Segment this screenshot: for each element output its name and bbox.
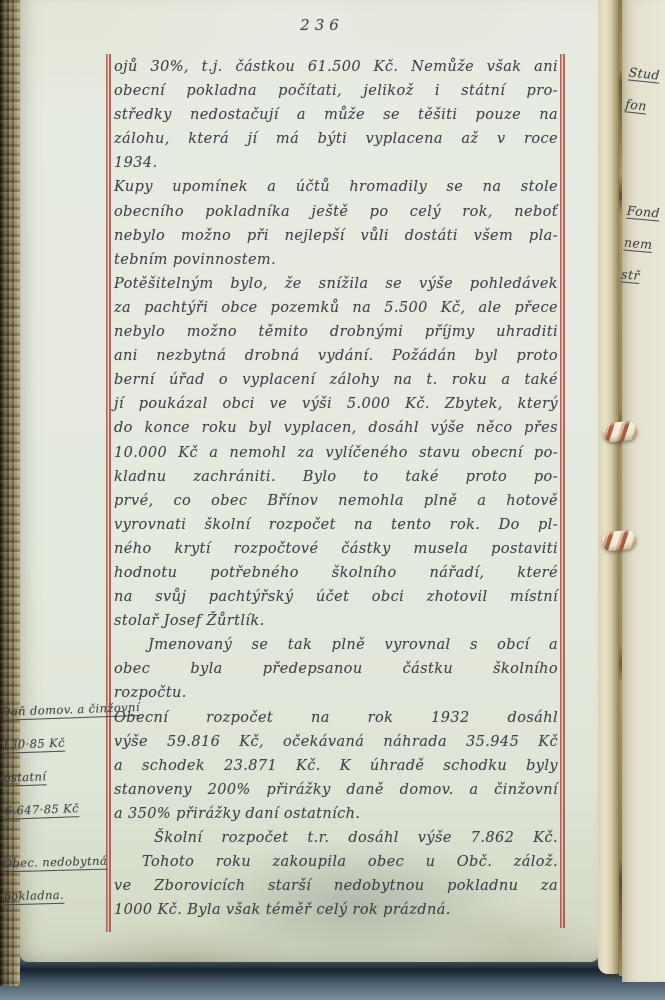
red-margin-line-right	[560, 54, 565, 928]
manuscript-line: kladnu zachrániti. Bylo to také proto po…	[114, 465, 558, 489]
red-margin-line-left	[106, 54, 111, 932]
manuscript-line: Jmenovaný se tak plně vyrovnal s obcí a	[114, 633, 558, 657]
facing-page-note-top: Stud fon	[624, 57, 662, 124]
manuscript-line: Tohoto roku zakoupila obec u Obč. zálož.	[114, 850, 558, 874]
margin-note-municipal-safe: Obec. nedobytná pokladna.	[2, 845, 106, 914]
manuscript-line: ného krytí rozpočtové částky musela post…	[114, 537, 558, 561]
manuscript-line: Obecní rozpočet na rok 1932 dosáhl	[114, 706, 558, 730]
manuscript-line: rozpočtu.	[114, 681, 558, 705]
manuscript-line: 1934.	[114, 151, 558, 175]
margin-note-line: Stud	[627, 57, 661, 92]
manuscript-line: stolař Josef Žůrtlík.	[114, 609, 558, 633]
margin-note-line: Fond	[625, 195, 661, 230]
manuscript-line: 1000 Kč. Byla však téměř celý rok prázdn…	[114, 898, 558, 922]
manuscript-line: zálohu, která jí má býti vyplacena až v …	[114, 127, 558, 151]
margin-note-line: pokladna.	[3, 878, 106, 914]
margin-note-line: fon	[624, 88, 658, 123]
manuscript-line: ojů 30%, t.j. částkou 61.500 Kč. Nemůže …	[114, 55, 558, 79]
book-fore-edge	[0, 0, 20, 986]
manuscript-line: za pachtýři obce pozemků na 5.500 Kč, al…	[114, 296, 558, 320]
manuscript-line: nebylo možno při nejlepší vůli dostáti v…	[114, 224, 558, 248]
page-number: 236	[282, 16, 362, 34]
margin-note-line: Obec. nedobytná	[2, 845, 105, 881]
manuscript-line: a 350% přirážky daní ostatních.	[114, 802, 558, 826]
margin-note-line: 6.647·85 Kč	[4, 791, 107, 828]
facing-page	[622, 0, 665, 982]
manuscript-line: 10.000 Kč a nemohl za vylíčeného stavu o…	[114, 441, 558, 465]
manuscript-line: tebním povinnostem.	[114, 248, 558, 272]
margin-note-line: 130·85 Kč	[2, 725, 105, 762]
manuscript-line: obecního pokladníka ještě po celý rok, n…	[114, 200, 558, 224]
manuscript-line: vyrovnati školní rozpočet na tento rok. …	[114, 513, 558, 537]
manuscript-line: do konce roku byl vyplacen, dosáhl výše …	[114, 416, 558, 440]
manuscript-line: ani nezbytná drobná vydání. Požádán byl …	[114, 344, 558, 368]
manuscript-line: Potěšitelným bylo, že snížila se výše po…	[114, 272, 558, 296]
manuscript-line: nebylo možno těmito drobnými příjmy uhra…	[114, 320, 558, 344]
manuscript-line: středky nedostačují a může se těšiti pou…	[114, 103, 558, 127]
margin-note-tax-surcharges: Daň domov. a činžovní 130·85 Kč ostatní …	[1, 692, 108, 827]
page-gutter-crease	[619, 0, 622, 976]
manuscript-line: Kupy upomínek a účtů hromadily se na sto…	[114, 175, 558, 199]
manuscript-line: výše 59.816 Kč, očekávaná náhrada 35.945…	[114, 730, 558, 754]
manuscript-text: ojů 30%, t.j. částkou 61.500 Kč. Nemůže …	[114, 55, 558, 922]
manuscript-line: obecní pokladna počítati, jelikož i stát…	[114, 79, 558, 103]
manuscript-line: stanoveny 200% přirážky daně domov. a či…	[114, 778, 558, 802]
margin-note-line: ostatní	[3, 758, 106, 795]
manuscript-line: ve Zborovicích starší nedobytnou pokladn…	[114, 874, 558, 898]
manuscript-line: berní úřad o vyplacení zálohy na t. roku…	[114, 368, 558, 392]
margin-note-line: Daň domov. a činžovní	[1, 692, 104, 729]
manuscript-line: obec byla předepsanou částku školního	[114, 657, 558, 681]
manuscript-line: na svůj pachtýřský účet obci zhotovil mí…	[114, 585, 558, 609]
margin-note-line: nem	[623, 227, 659, 262]
manuscript-line: a schodek 23.871 Kč. K úhradě schodku by…	[114, 754, 558, 778]
manuscript-line: jí poukázal obci ve výši 5.000 Kč. Zbyte…	[114, 392, 558, 416]
manuscript-line: hodnotu potřebného školního nářadí, kter…	[114, 561, 558, 585]
manuscript-line: prvé, co obec Břínov nemohla plně a hoto…	[114, 489, 558, 513]
manuscript-line: Školní rozpočet t.r. dosáhl výše 7.862 K…	[114, 826, 558, 850]
margin-note-line: stř	[620, 258, 656, 293]
